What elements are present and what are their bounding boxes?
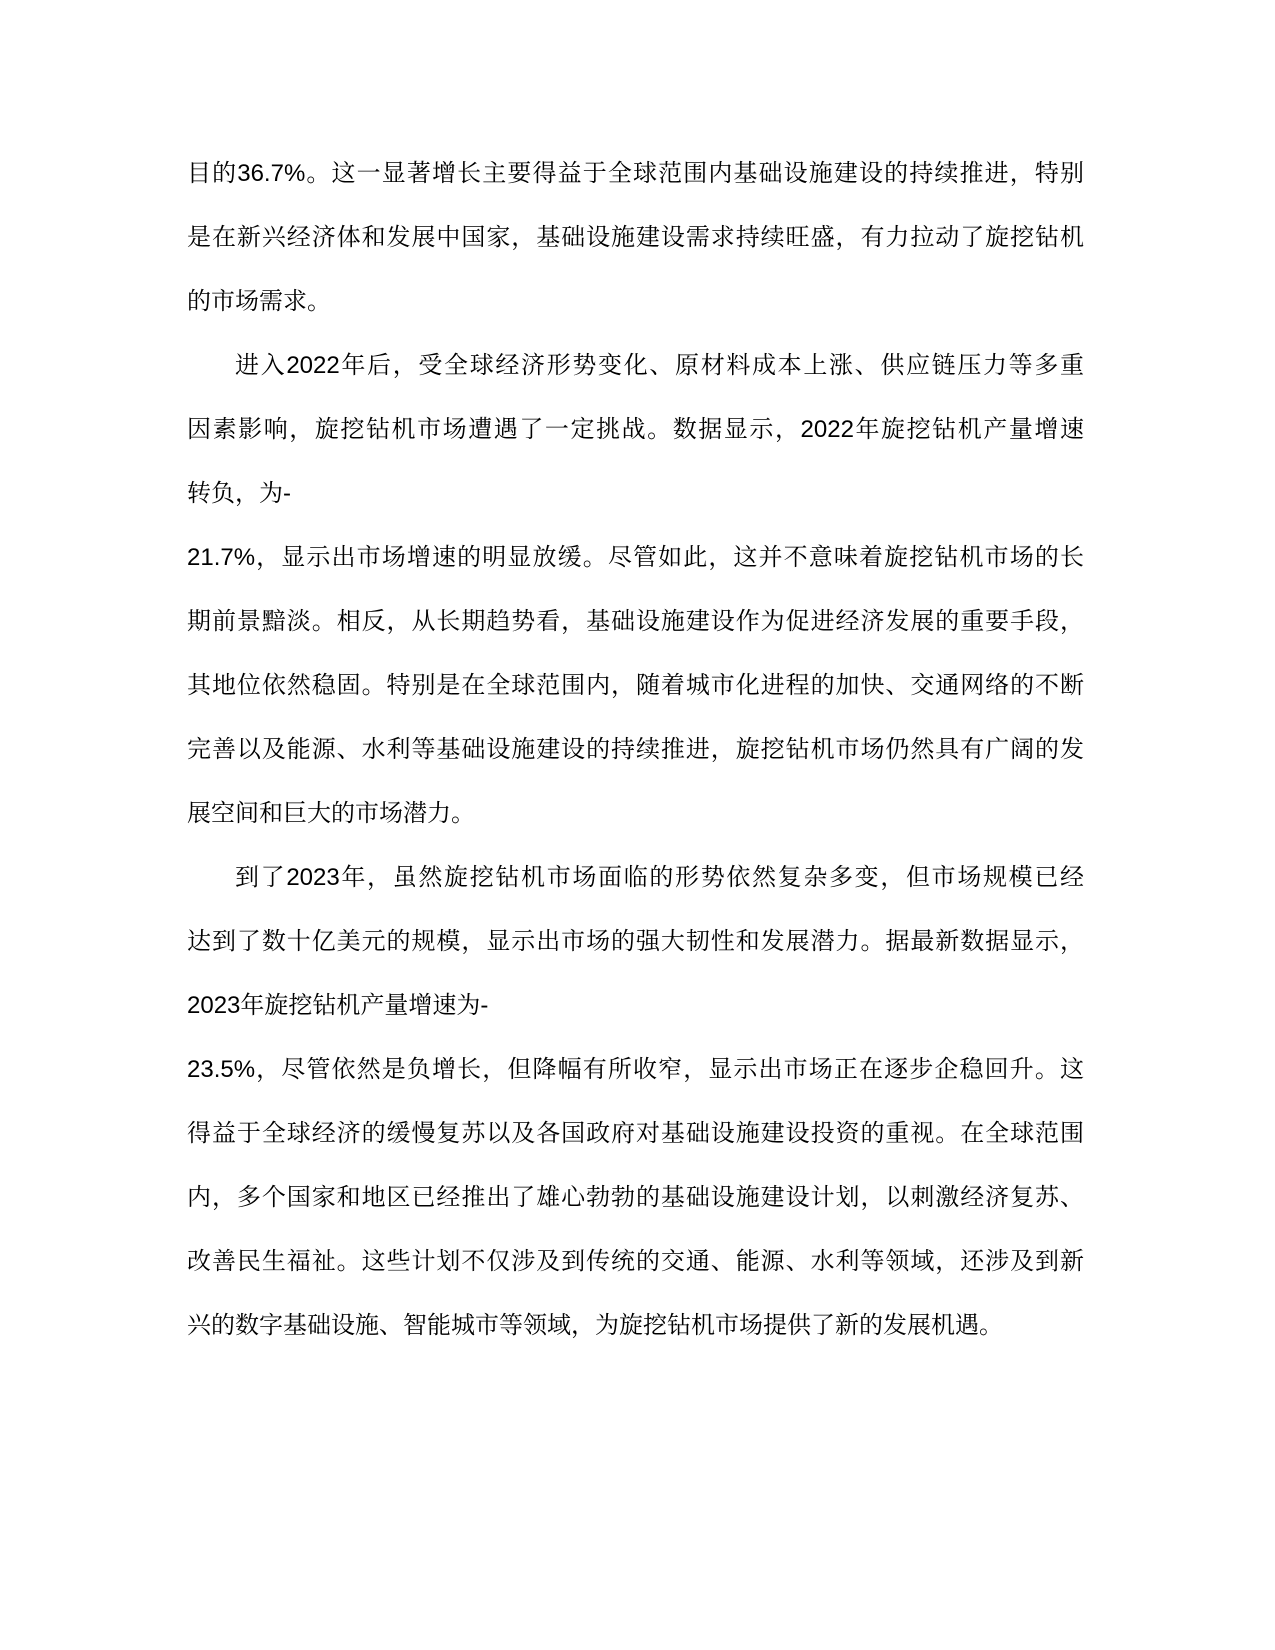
text-line: 是在新兴经济体和发展中国家，基础设施建设需求持续旺盛，有力拉动了旋挖钻机 xyxy=(187,206,1084,270)
paragraph-2022-market: 进入2022年后，受全球经济形势变化、原材料成本上涨、供应链压力等多重 因素影响… xyxy=(187,334,1084,846)
document-page: 目的36.7%。这一显著增长主要得益于全球范围内基础设施建设的持续推进，特别 是… xyxy=(0,0,1275,1650)
paragraph-continuation: 目的36.7%。这一显著增长主要得益于全球范围内基础设施建设的持续推进，特别 是… xyxy=(187,142,1084,334)
text-line: 目的36.7%。这一显著增长主要得益于全球范围内基础设施建设的持续推进，特别 xyxy=(187,142,1084,206)
document-body: 目的36.7%。这一显著增长主要得益于全球范围内基础设施建设的持续推进，特别 是… xyxy=(187,142,1084,1358)
text-line: 兴的数字基础设施、智能城市等领域，为旋挖钻机市场提供了新的发展机遇。 xyxy=(187,1294,1084,1358)
text-line: 因素影响，旋挖钻机市场遭遇了一定挑战。数据显示，2022年旋挖钻机产量增速 xyxy=(187,398,1084,462)
text-line: 改善民生福祉。这些计划不仅涉及到传统的交通、能源、水利等领域，还涉及到新 xyxy=(187,1230,1084,1294)
text-line: 23.5%，尽管依然是负增长，但降幅有所收窄，显示出市场正在逐步企稳回升。这 xyxy=(187,1038,1084,1102)
text-line: 完善以及能源、水利等基础设施建设的持续推进，旋挖钻机市场仍然具有广阔的发 xyxy=(187,718,1084,782)
text-line: 21.7%，显示出市场增速的明显放缓。尽管如此，这并不意味着旋挖钻机市场的长 xyxy=(187,526,1084,590)
text-line: 2023年旋挖钻机产量增速为- xyxy=(187,974,1084,1038)
text-line: 期前景黯淡。相反，从长期趋势看，基础设施建设作为促进经济发展的重要手段， xyxy=(187,590,1084,654)
text-line: 内，多个国家和地区已经推出了雄心勃勃的基础设施建设计划，以刺激经济复苏、 xyxy=(187,1166,1084,1230)
text-line: 的市场需求。 xyxy=(187,270,1084,334)
paragraph-2023-market: 到了2023年，虽然旋挖钻机市场面临的形势依然复杂多变，但市场规模已经 达到了数… xyxy=(187,846,1084,1358)
text-line: 进入2022年后，受全球经济形势变化、原材料成本上涨、供应链压力等多重 xyxy=(187,334,1084,398)
text-line: 其地位依然稳固。特别是在全球范围内，随着城市化进程的加快、交通网络的不断 xyxy=(187,654,1084,718)
text-line: 转负，为- xyxy=(187,462,1084,526)
text-line: 达到了数十亿美元的规模，显示出市场的强大韧性和发展潜力。据最新数据显示， xyxy=(187,910,1084,974)
text-line: 得益于全球经济的缓慢复苏以及各国政府对基础设施建设投资的重视。在全球范围 xyxy=(187,1102,1084,1166)
text-line: 到了2023年，虽然旋挖钻机市场面临的形势依然复杂多变，但市场规模已经 xyxy=(187,846,1084,910)
text-line: 展空间和巨大的市场潜力。 xyxy=(187,782,1084,846)
